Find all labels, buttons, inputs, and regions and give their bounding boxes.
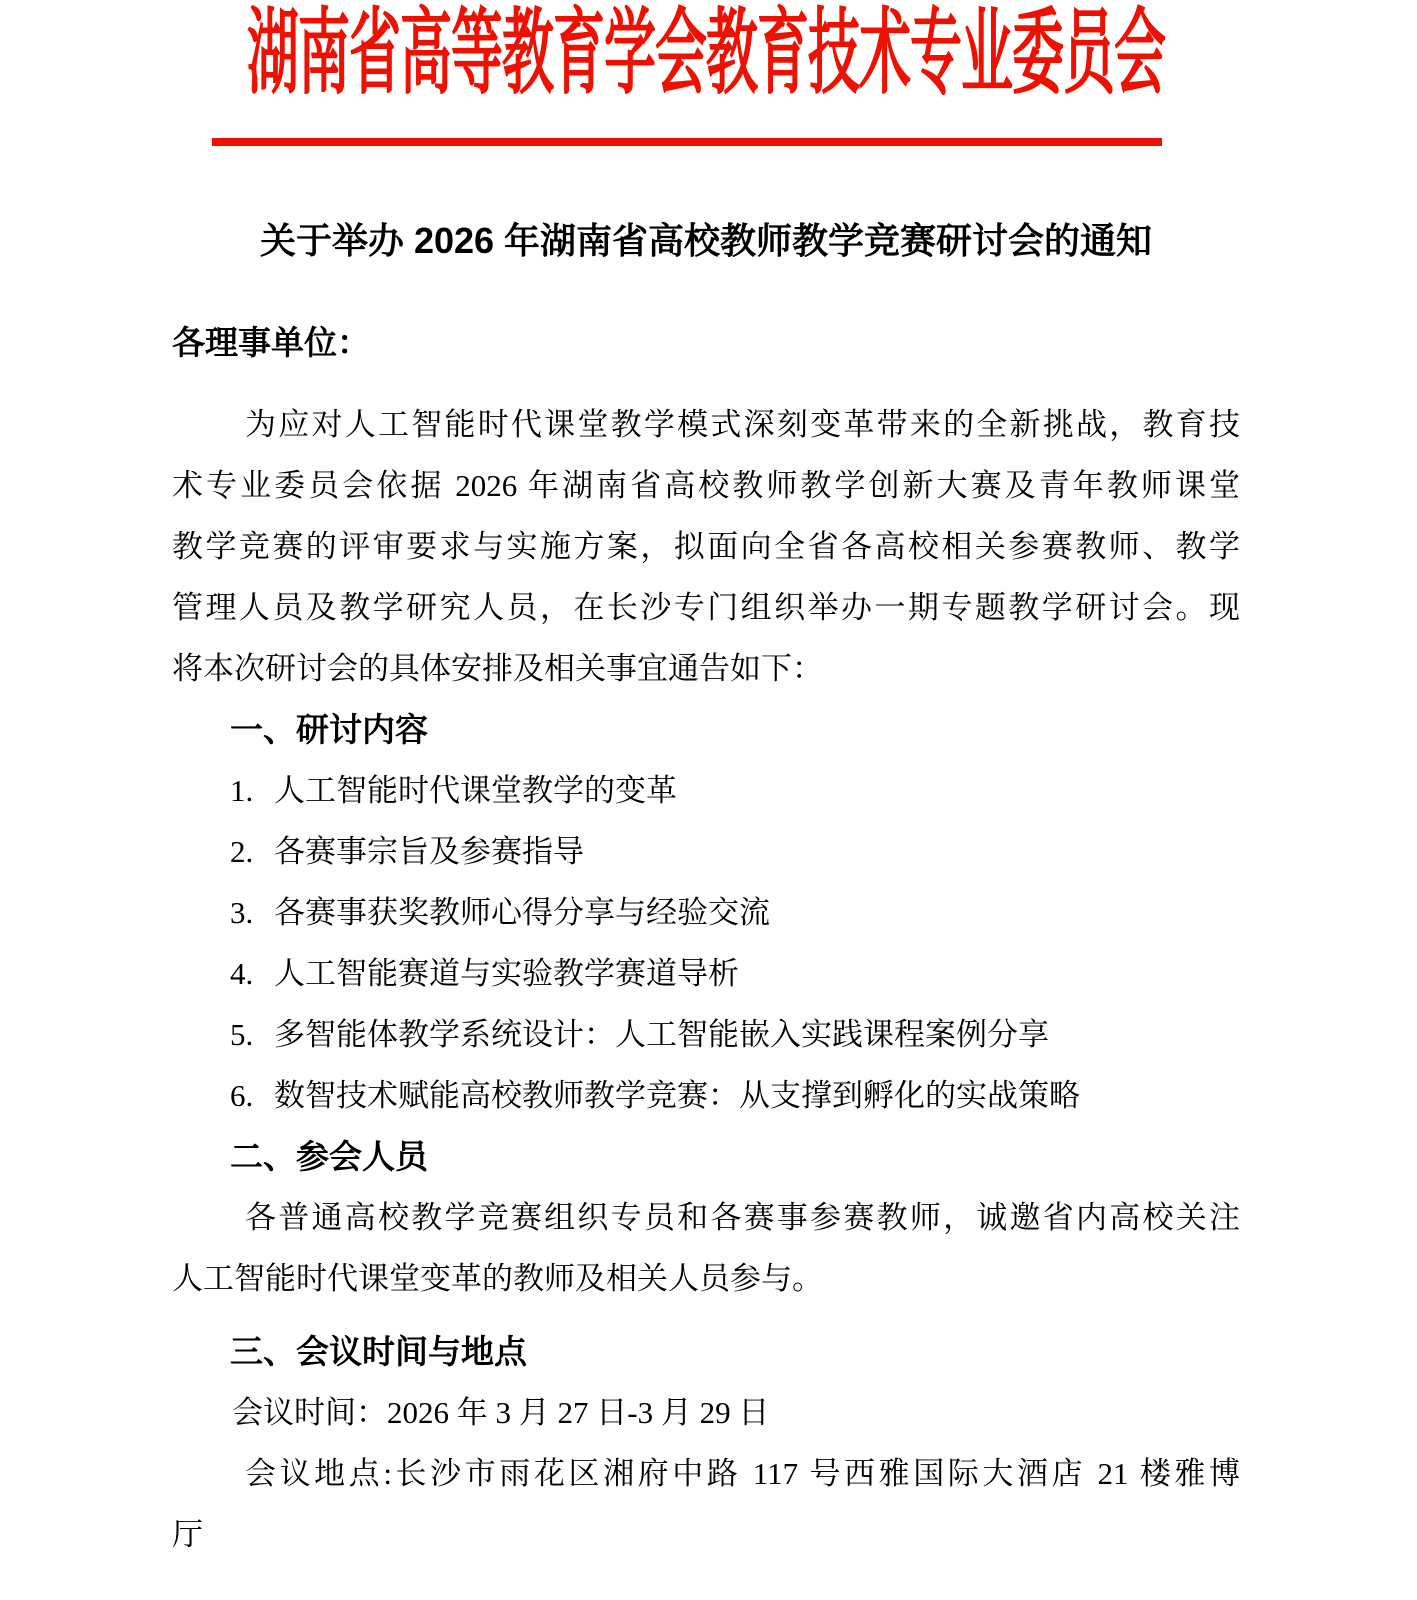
notice-title: 关于举办 2026 年湖南省高校教师教学竞赛研讨会的通知 bbox=[172, 218, 1240, 264]
item-text: 多智能体教学系统设计：人工智能嵌入实践课程案例分享 bbox=[274, 1017, 1049, 1052]
item-text: 数智技术赋能高校教师教学竞赛：从支撑到孵化的实战策略 bbox=[274, 1078, 1080, 1113]
item-text: 各赛事获奖教师心得分享与经验交流 bbox=[274, 895, 770, 930]
list-item: 2.各赛事宗旨及参赛指导 bbox=[172, 821, 1240, 882]
list-item: 3.各赛事获奖教师心得分享与经验交流 bbox=[172, 882, 1240, 943]
item-text: 人工智能时代课堂教学的变革 bbox=[274, 773, 677, 808]
intro-line: 为应对人工智能时代课堂教学模式深刻变革带来的全新挑战，教育技 bbox=[172, 394, 1240, 455]
item-text: 人工智能赛道与实验教学赛道导析 bbox=[274, 956, 739, 991]
document-page: 湖南省高等教育学会教育技术专业委员会 关于举办 2026 年湖南省高校教师教学竞… bbox=[0, 0, 1417, 1600]
section-heading: 三、会议时间与地点 bbox=[172, 1321, 1240, 1382]
intro-line: 管理人员及教学研究人员，在长沙专门组织举办一期专题教学研讨会。现 bbox=[172, 577, 1240, 638]
item-number: 4. bbox=[230, 943, 274, 1004]
section-heading: 二、参会人员 bbox=[172, 1126, 1240, 1187]
intro-line: 教学竞赛的评审要求与实施方案，拟面向全省各高校相关参赛教师、教学 bbox=[172, 516, 1240, 577]
intro-line: 术专业委员会依据 2026 年湖南省高校教师教学创新大赛及青年教师课堂 bbox=[172, 455, 1240, 516]
organization-name: 湖南省高等教育学会教育技术专业委员会 bbox=[172, 0, 1240, 146]
list-item: 6.数智技术赋能高校教师教学竞赛：从支撑到孵化的实战策略 bbox=[172, 1065, 1240, 1126]
intro-paragraph: 为应对人工智能时代课堂教学模式深刻变革带来的全新挑战，教育技 术专业委员会依据 … bbox=[172, 394, 1240, 699]
section-discussion-content: 一、研讨内容 1.人工智能时代课堂教学的变革 2.各赛事宗旨及参赛指导 3.各赛… bbox=[172, 699, 1240, 1126]
section-heading: 一、研讨内容 bbox=[172, 699, 1240, 760]
meeting-address-line: 厅 bbox=[172, 1504, 1240, 1565]
participants-line: 人工智能时代课堂变革的教师及相关人员参与。 bbox=[172, 1248, 1240, 1309]
item-number: 5. bbox=[230, 1004, 274, 1065]
item-number: 3. bbox=[230, 882, 274, 943]
item-text: 各赛事宗旨及参赛指导 bbox=[274, 834, 584, 869]
list-item: 1.人工智能时代课堂教学的变革 bbox=[172, 760, 1240, 821]
list-item: 5.多智能体教学系统设计：人工智能嵌入实践课程案例分享 bbox=[172, 1004, 1240, 1065]
section-time-location: 三、会议时间与地点 会议时间：2026 年 3 月 27 日-3 月 29 日 … bbox=[172, 1321, 1240, 1565]
meeting-time-line: 会议时间：2026 年 3 月 27 日-3 月 29 日 bbox=[172, 1382, 1240, 1443]
section-participants: 二、参会人员 各普通高校教学竞赛组织专员和各赛事参赛教师，诚邀省内高校关注 人工… bbox=[172, 1126, 1240, 1309]
item-number: 2. bbox=[230, 821, 274, 882]
item-number: 1. bbox=[230, 760, 274, 821]
list-item: 4.人工智能赛道与实验教学赛道导析 bbox=[172, 943, 1240, 1004]
document-letterhead: 湖南省高等教育学会教育技术专业委员会 bbox=[172, 10, 1240, 146]
item-number: 6. bbox=[230, 1065, 274, 1126]
meeting-address-line: 会议地点:长沙市雨花区湘府中路 117 号西雅国际大酒店 21 楼雅博 bbox=[172, 1443, 1240, 1504]
intro-line: 将本次研讨会的具体安排及相关事宜通告如下： bbox=[172, 638, 1240, 699]
salutation: 各理事单位： bbox=[172, 320, 1240, 366]
participants-line: 各普通高校教学竞赛组织专员和各赛事参赛教师，诚邀省内高校关注 bbox=[172, 1187, 1240, 1248]
document-body: 关于举办 2026 年湖南省高校教师教学竞赛研讨会的通知 各理事单位： 为应对人… bbox=[172, 218, 1240, 1565]
